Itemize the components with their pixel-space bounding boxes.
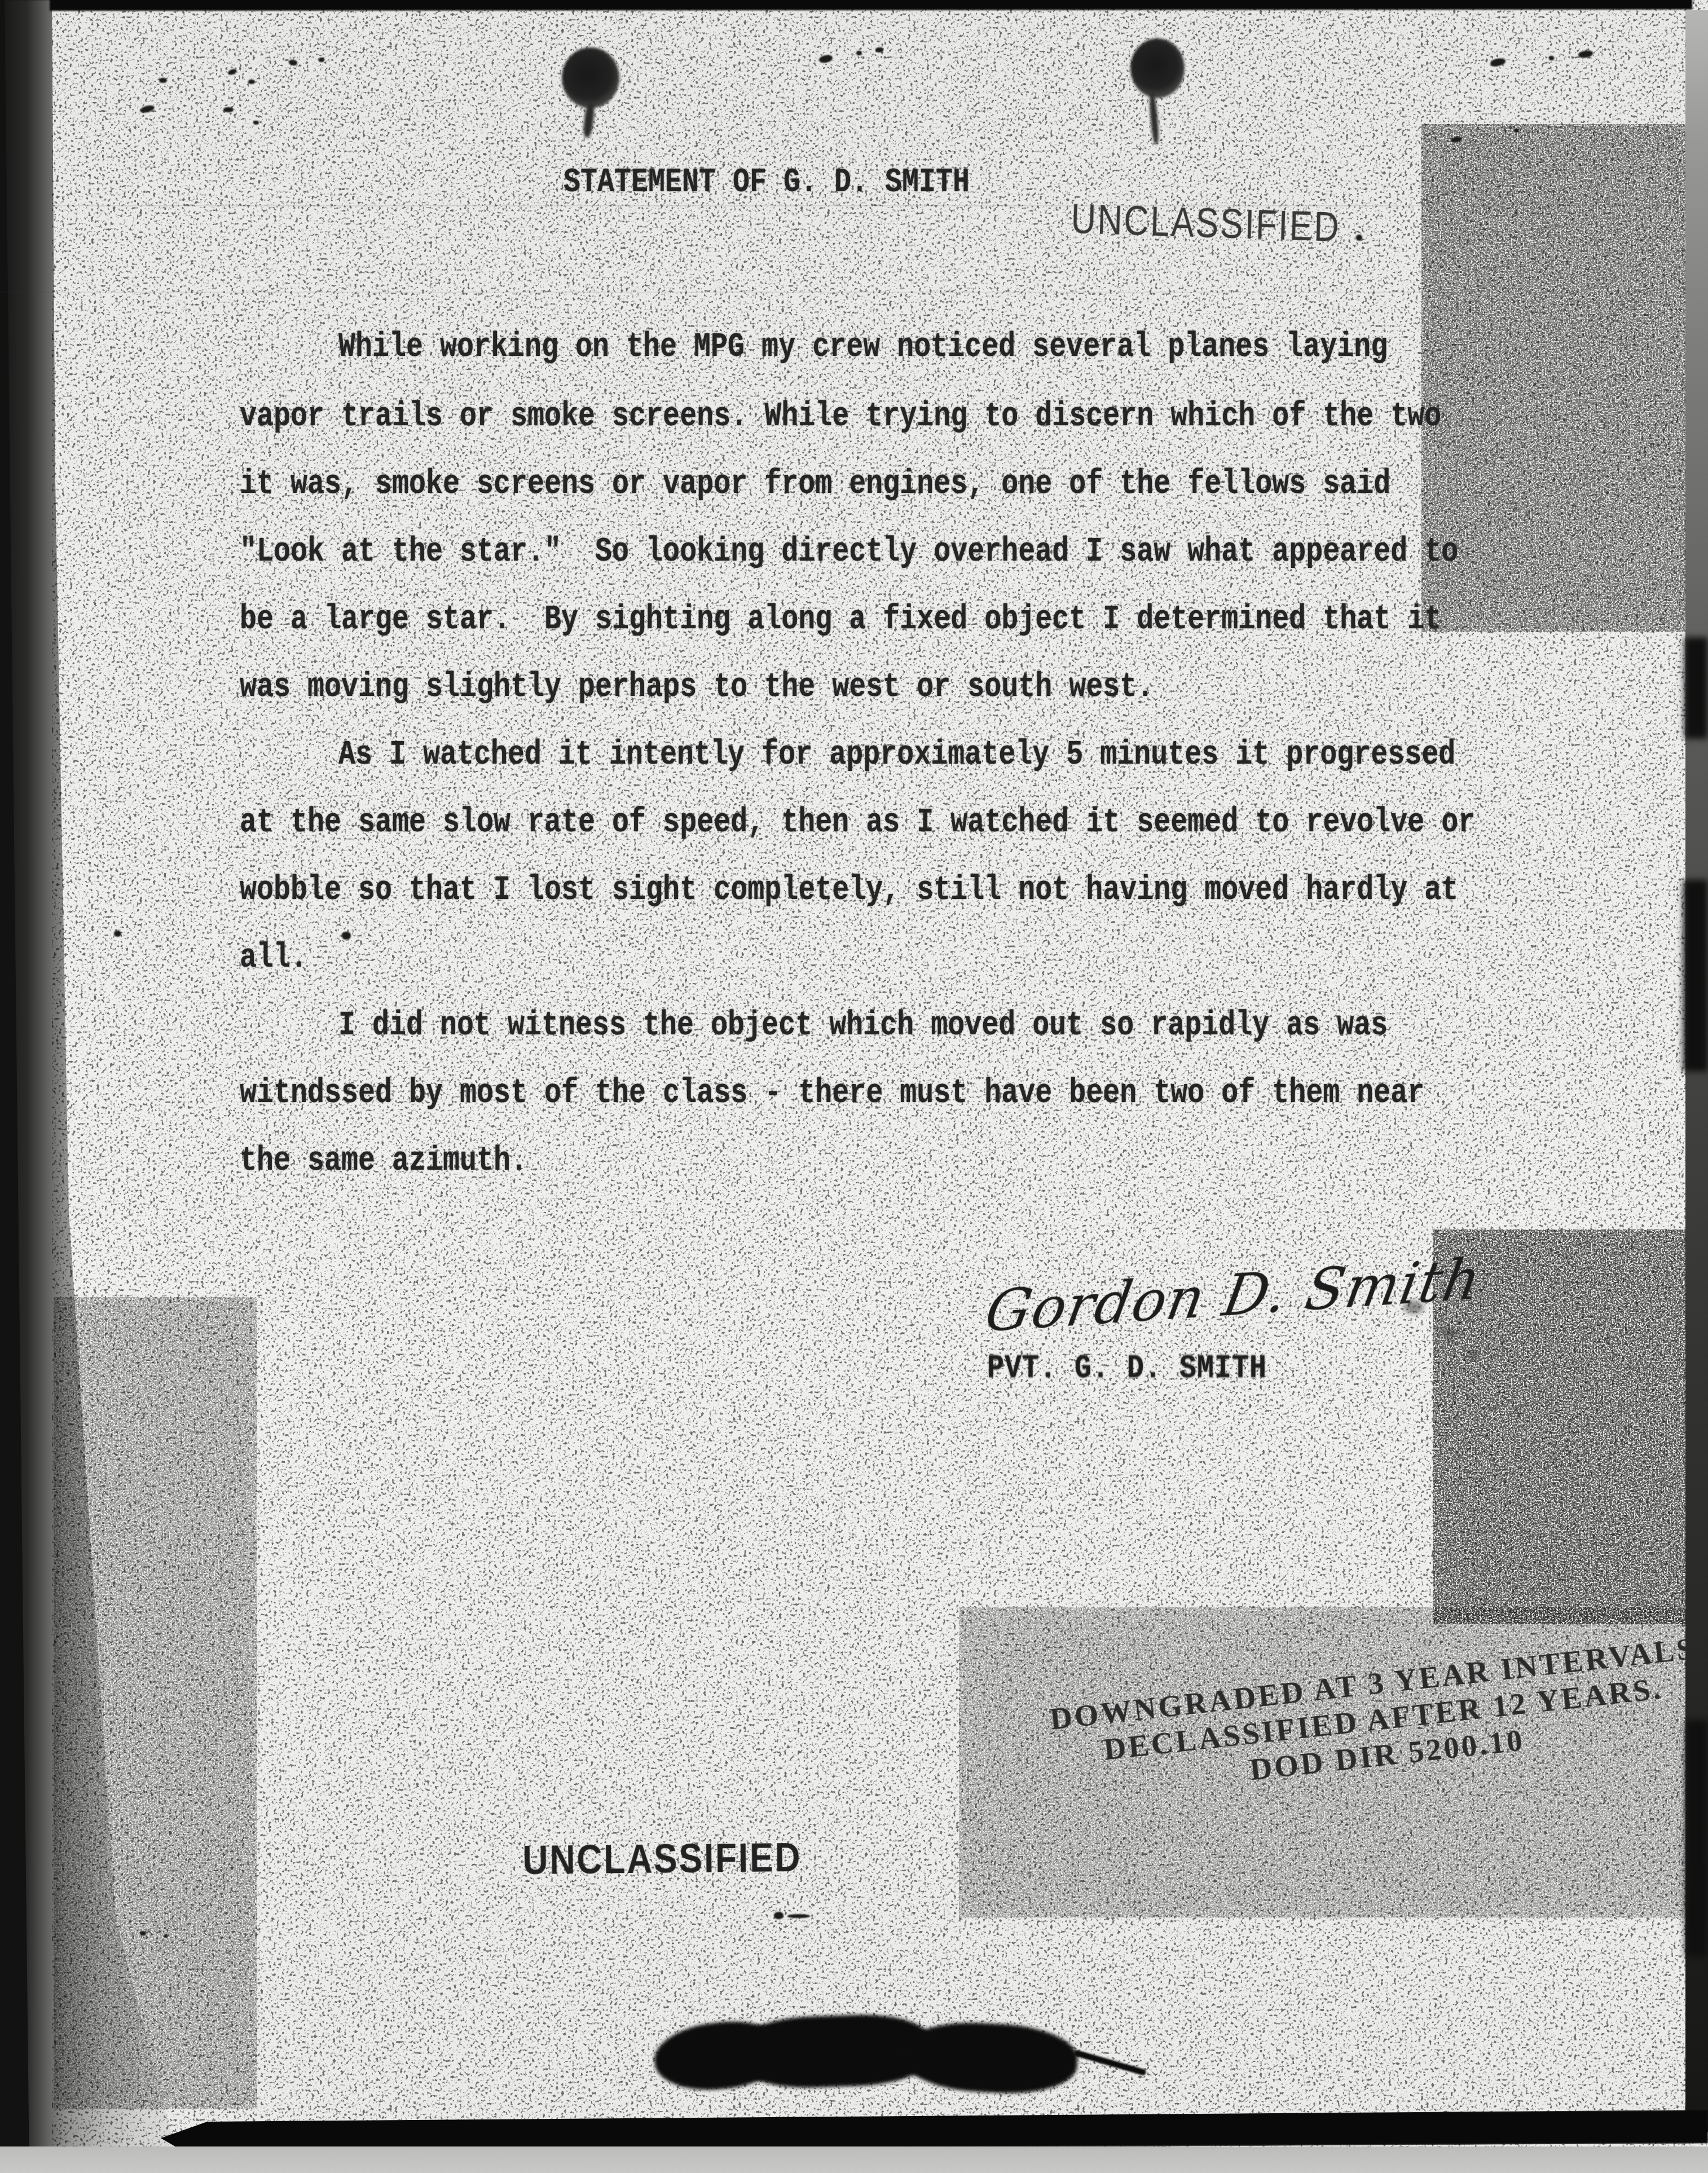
ink-speck — [159, 78, 167, 83]
censor-dash-mark — [787, 1914, 810, 1918]
document-title: STATEMENT OF G. D. SMITH — [564, 164, 970, 201]
body-line: the same azimuth. — [240, 1143, 527, 1180]
ink-speck — [875, 47, 883, 52]
ink-speck — [856, 51, 862, 55]
scanner-top-band — [50, 0, 1692, 11]
punch-hole-right — [1130, 38, 1185, 98]
body-line: witndssed by most of the class - there m… — [240, 1075, 1424, 1112]
ink-speck — [1549, 56, 1554, 60]
ink-speck — [164, 1934, 168, 1938]
ink-speck — [342, 932, 351, 940]
body-line: While working on the MPG my crew noticed… — [338, 329, 1388, 366]
scanner-right-strip-blob — [1684, 637, 1708, 739]
censor-dash-mark — [774, 1912, 783, 1919]
body-line: at the same slow rate of speed, then as … — [240, 804, 1475, 841]
redaction-ink-blob — [654, 2015, 1128, 2105]
body-line: vapor trails or smoke screens. While try… — [240, 398, 1441, 435]
body-line: I did not witness the object which moved… — [338, 1007, 1388, 1044]
ink-speck — [248, 80, 255, 84]
body-line: it was, smoke screens or vapor from engi… — [240, 466, 1390, 503]
body-line: As I watched it intently for approximate… — [338, 737, 1455, 774]
body-line: all. — [240, 940, 307, 977]
scanner-right-strip-blob — [1683, 880, 1708, 1072]
unclassified-stamp-bottom: UNCLASSIFIED — [522, 1835, 802, 1884]
typed-signature: PVT. G. D. SMITH — [987, 1350, 1267, 1388]
body-line: wobble so that I lost sight completely, … — [240, 872, 1458, 909]
body-line: be a large star. By sighting along a fix… — [240, 601, 1441, 638]
scanner-bed-bottom — [0, 2146, 1708, 2173]
redaction-ink-blob-part — [901, 2019, 1079, 2097]
ink-speck — [253, 121, 259, 125]
ink-speck — [1514, 129, 1519, 133]
body-line: was moving slightly perhaps to the west … — [240, 669, 1154, 706]
toner-blotch — [1468, 1350, 1480, 1359]
ink-speck — [140, 1931, 146, 1936]
ink-speck — [1356, 235, 1362, 241]
ink-speck — [114, 931, 121, 937]
body-line: "Look at the star." So looking directly … — [240, 534, 1458, 571]
punch-hole-left — [562, 47, 619, 108]
ink-speck — [223, 107, 234, 112]
ink-speck — [319, 58, 324, 62]
toner-blotch — [1442, 1328, 1458, 1338]
unclassified-stamp-top: UNCLASSIFIED — [1070, 195, 1341, 252]
scanned-document: STATEMENT OF G. D. SMITH UNCLASSIFIED Wh… — [0, 0, 1708, 2173]
scanner-right-strip-blob — [1685, 1720, 1708, 1957]
scan-line-artifact — [54, 205, 1708, 206]
fold-line — [0, 292, 1708, 293]
